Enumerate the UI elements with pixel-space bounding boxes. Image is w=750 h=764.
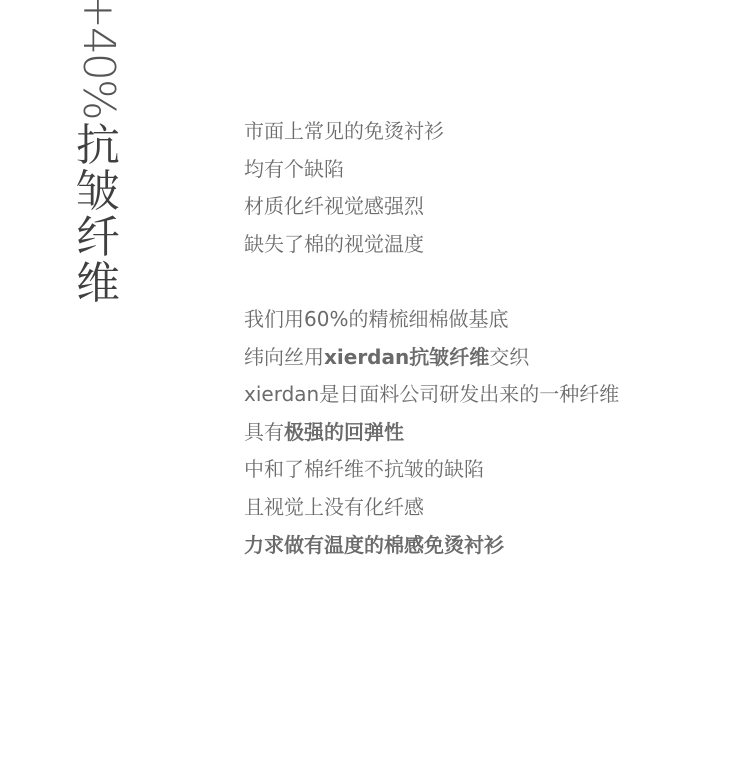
- text-segment-bold: 力求做有温度的棉感免烫衬衫: [244, 533, 504, 557]
- text-line: 纬向丝用xierdan抗皱纤维交织: [244, 343, 619, 381]
- text-segment: 材质化纤视觉感强烈: [244, 194, 424, 218]
- text-segment: 市面上常见的免烫衬衫: [244, 119, 444, 143]
- text-line: 中和了棉纤维不抗皱的缺陷: [244, 455, 619, 493]
- text-line: 力求做有温度的棉感免烫衬衫: [244, 531, 619, 569]
- text-segment-bold: xierdan抗皱纤维: [324, 345, 489, 369]
- title-char: 抗: [76, 123, 120, 169]
- text-segment: 交织: [489, 345, 529, 369]
- text-line: 市面上常见的免烫衬衫: [244, 117, 619, 155]
- text-line: 且视觉上没有化纤感: [244, 493, 619, 531]
- text-segment: 纬向丝用: [244, 345, 324, 369]
- text-segment: 我们用60%的精梳细棉做基底: [244, 307, 508, 331]
- text-line: 缺失了棉的视觉温度: [244, 230, 619, 268]
- title-char: 维: [76, 261, 120, 307]
- description-text: 市面上常见的免烫衬衫 均有个缺陷 材质化纤视觉感强烈 缺失了棉的视觉温度 我们用…: [244, 117, 619, 568]
- text-segment: 具有: [244, 420, 284, 444]
- text-segment: 缺失了棉的视觉温度: [244, 232, 424, 256]
- title-char: 皱: [76, 169, 120, 215]
- paragraph-gap: [244, 267, 619, 305]
- text-line: 均有个缺陷: [244, 155, 619, 193]
- vertical-title: +40% 抗 皱 纤 维: [74, 0, 122, 307]
- text-segment: xierdan是日面料公司研发出来的一种纤维: [244, 382, 619, 406]
- text-segment: 均有个缺陷: [244, 157, 344, 181]
- text-segment-bold: 极强的回弹性: [284, 420, 404, 444]
- text-segment: 且视觉上没有化纤感: [244, 495, 424, 519]
- title-char: 纤: [76, 215, 120, 261]
- text-line: 我们用60%的精梳细棉做基底: [244, 305, 619, 343]
- title-chars: 抗 皱 纤 维: [76, 123, 120, 307]
- text-line: 具有极强的回弹性: [244, 418, 619, 456]
- title-prefix: +40%: [74, 0, 122, 119]
- text-line: 材质化纤视觉感强烈: [244, 192, 619, 230]
- text-line: xierdan是日面料公司研发出来的一种纤维: [244, 380, 619, 418]
- text-segment: 中和了棉纤维不抗皱的缺陷: [244, 457, 484, 481]
